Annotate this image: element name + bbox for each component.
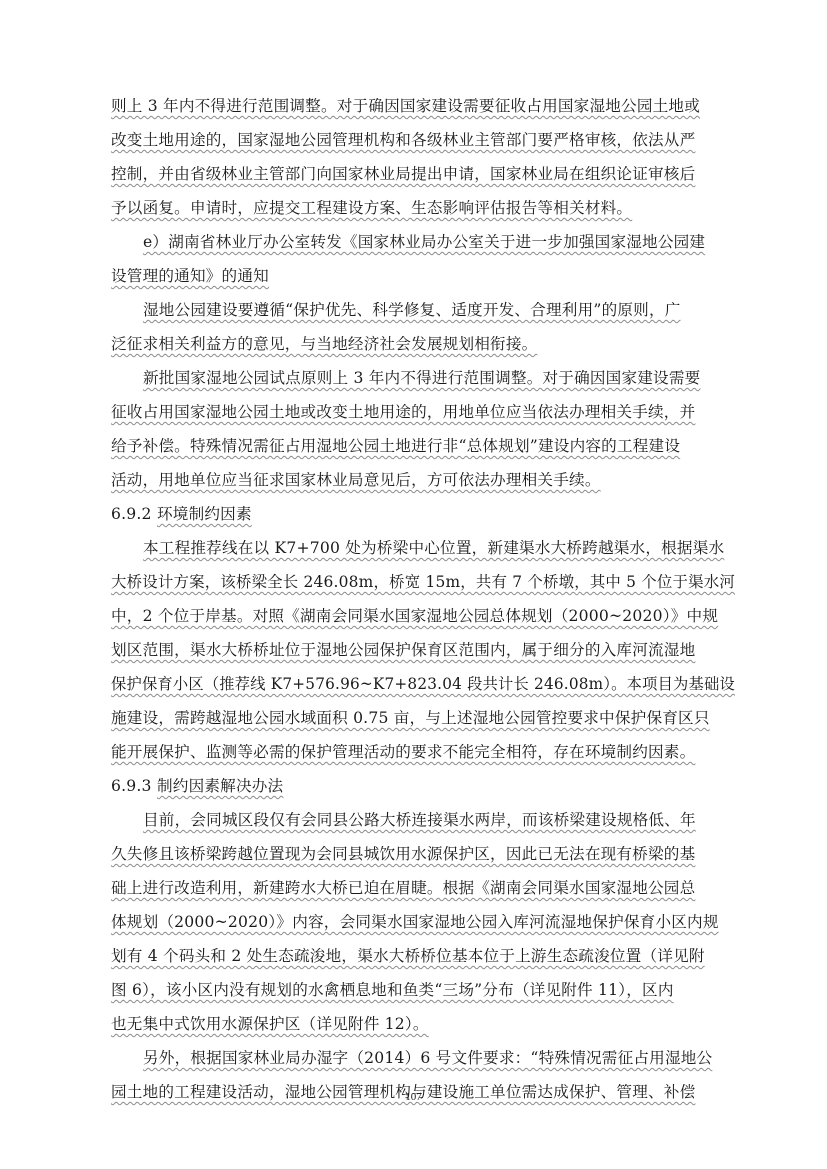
text-line: 目前，会同城区段仅有会同县公路大桥连接渠水两岸，而该桥梁建设规格低、年 bbox=[111, 808, 735, 842]
page-number: 107 bbox=[0, 1091, 827, 1103]
section-heading-6-9-2: 6.9.2环境制约因素 bbox=[111, 502, 735, 536]
section-title: 制约因素解决办法 bbox=[157, 777, 283, 795]
section-title: 环境制约因素 bbox=[157, 505, 252, 523]
text-line: 础上进行改造利用，新建跨水大桥已迫在眉睫。根据《湖南会同渠水国家湿地公园总 bbox=[111, 876, 735, 910]
text-line: 设管理的通知》的通知 bbox=[111, 264, 735, 298]
text-line: 泛征求相关利益方的意见，与当地经济社会发展规划相衔接。 bbox=[111, 332, 735, 366]
text-line: 予以函复。申请时，应提交工程建设方案、生态影响评估报告等相关材料。 bbox=[111, 196, 735, 230]
list-item-e: e）湖南省林业厅办公室转发《国家林业局办公室关于进一步加强国家湿地公园建 bbox=[111, 230, 735, 264]
text-line: 保护保育小区（推荐线 K7+576.96~K7+823.04 段共计长 246.… bbox=[111, 672, 722, 706]
text-line: 活动，用地单位应当征求国家林业局意见后，方可依法办理相关手续。 bbox=[111, 468, 735, 502]
document-page: 则上 3 年内不得进行范围调整。对于确因国家建设需要征收占用国家湿地公园土地或 … bbox=[0, 0, 827, 1169]
text-line: 给予补偿。特殊情况需征占用湿地公园土地进行非“总体规划”建设内容的工程建设 bbox=[111, 434, 735, 468]
text-line: 能开展保护、监测等必需的保护管理活动的要求不能完全相符，存在环境制约因素。 bbox=[111, 740, 735, 774]
text-line: 图 6），该小区内没有规划的水禽栖息地和鱼类“三场”分布（详见附件 11），区内 bbox=[111, 978, 735, 1012]
section-heading-6-9-3: 6.9.3制约因素解决办法 bbox=[111, 774, 735, 808]
text-line: 新批国家湿地公园试点原则上 3 年内不得进行范围调整。对于确因国家建设需要 bbox=[111, 366, 735, 400]
text-line: 体规划（2000~2020）》内容，会同渠水国家湿地公园入库河流湿地保护保育小区… bbox=[111, 910, 735, 944]
text-line: 则上 3 年内不得进行范围调整。对于确因国家建设需要征收占用国家湿地公园土地或 bbox=[111, 94, 735, 128]
text-line: 征收占用国家湿地公园土地或改变土地用途的，用地单位应当依法办理相关手续，并 bbox=[111, 400, 735, 434]
section-number: 6.9.2 bbox=[111, 502, 157, 526]
text-line: 也无集中式饮用水源保护区（详见附件 12）。 bbox=[111, 1012, 735, 1046]
text-line: 划区范围，渠水大桥桥址位于湿地公园保护保育区范围内，属于细分的入库河流湿地 bbox=[111, 638, 735, 672]
text-line: 控制，并由省级林业主管部门向国家林业局提出申请，国家林业局在组织论证审核后 bbox=[111, 162, 735, 196]
text-line: 划有 4 个码头和 2 处生态疏浚地，渠水大桥桥位基本位于上游生态疏浚位置（详见… bbox=[111, 944, 735, 978]
text-line: 施建设，需跨越湿地公园水域面积 0.75 亩，与上述湿地公园管控要求中保护保育区… bbox=[111, 706, 735, 740]
text-line: 另外，根据国家林业局办湿字（2014）6 号文件要求：“特殊情况需征占用湿地公 bbox=[111, 1046, 735, 1080]
section-number: 6.9.3 bbox=[111, 774, 157, 798]
text-line: 久失修且该桥梁跨越位置现为会同县城饮用水源保护区，因此已无法在现有桥梁的基 bbox=[111, 842, 735, 876]
text-line: 改变土地用途的，国家湿地公园管理机构和各级林业主管部门要严格审核，依法从严 bbox=[111, 128, 735, 162]
text-line: 湿地公园建设要遵循“保护优先、科学修复、适度开发、合理利用”的原则，广 bbox=[111, 298, 735, 332]
text-line: 中，2 个位于岸基。对照《湖南会同渠水国家湿地公园总体规划（2000~2020）… bbox=[111, 604, 735, 638]
text-line: 大桥设计方案，该桥梁全长 246.08m，桥宽 15m，共有 7 个桥墩，其中 … bbox=[111, 570, 728, 604]
text-line: 本工程推荐线在以 K7+700 处为桥梁中心位置，新建渠水大桥跨越渠水，根据渠水 bbox=[111, 536, 735, 570]
page-body: 则上 3 年内不得进行范围调整。对于确因国家建设需要征收占用国家湿地公园土地或 … bbox=[111, 94, 735, 1114]
